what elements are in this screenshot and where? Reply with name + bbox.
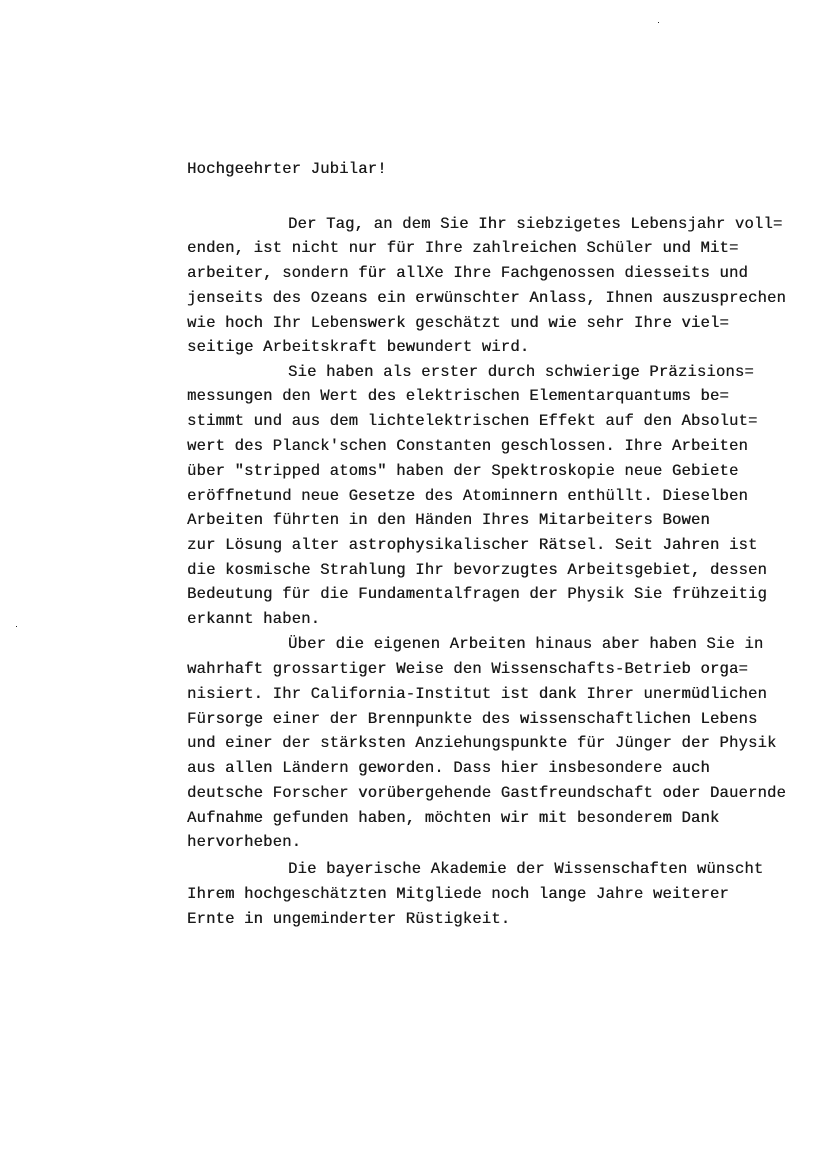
paragraph-3-line-3: nisiert. Ihr California-Institut ist dan… — [187, 685, 767, 703]
paragraph-1-line-5: wie hoch Ihr Lebenswerk geschätzt und wi… — [187, 314, 729, 332]
paragraph-2-line-6: eröffnetund neue Gesetze des Atominnern … — [187, 487, 748, 505]
paragraph-3-line-7: deutsche Forscher vorübergehende Gastfre… — [187, 784, 786, 802]
paragraph-2-line-7: Arbeiten führten in den Händen Ihres Mit… — [187, 511, 710, 529]
document-page: Hochgeehrter Jubilar! Der Tag, an dem Si… — [0, 0, 840, 1169]
paragraph-3-line-5: und einer der stärksten Anziehungspunkte… — [187, 734, 776, 752]
paragraph-2-line-5: über "stripped atoms" haben der Spektros… — [187, 462, 738, 480]
scan-speck — [16, 626, 17, 627]
paragraph-4-line-2: Ihrem hochgeschätzten Mitgliede noch lan… — [187, 885, 729, 903]
salutation: Hochgeehrter Jubilar! — [187, 160, 387, 178]
paragraph-1-line-2: enden, ist nicht nur für Ihre zahlreiche… — [187, 239, 738, 257]
paragraph-1-line-4: jenseits des Ozeans ein erwünschter Anla… — [187, 289, 786, 307]
paragraph-4-line-1: Die bayerische Akademie der Wissenschaft… — [288, 860, 763, 878]
paragraph-3-line-2: wahrhaft grossartiger Weise den Wissensc… — [187, 660, 748, 678]
paragraph-2-line-2: messungen den Wert des elektrischen Elem… — [187, 387, 729, 405]
paragraph-2-line-1: Sie haben als erster durch schwierige Pr… — [288, 363, 754, 381]
paragraph-3-line-4: Fürsorge einer der Brennpunkte des wisse… — [187, 710, 757, 728]
paragraph-3-line-8: Aufnahme gefunden haben, möchten wir mit… — [187, 809, 719, 827]
paragraph-3-line-1: Über die eigenen Arbeiten hinaus aber ha… — [288, 635, 763, 653]
paragraph-3-line-6: aus allen Ländern geworden. Dass hier in… — [187, 759, 710, 777]
paragraph-2-line-3: stimmt und aus dem lichtelektrischen Eff… — [187, 412, 757, 430]
paragraph-2-line-4: wert des Planck'schen Constanten geschlo… — [187, 437, 748, 455]
paragraph-3-line-9: hervorheben. — [187, 833, 301, 851]
paragraph-1-line-1: Der Tag, an dem Sie Ihr siebzigetes Lebe… — [288, 215, 782, 233]
paragraph-2-line-8: zur Lösung alter astrophysikalischer Rät… — [187, 536, 757, 554]
scan-speck — [658, 22, 659, 23]
paragraph-1-line-6: seitige Arbeitskraft bewundert wird. — [187, 338, 529, 356]
paragraph-1-line-3: arbeiter, sondern für allXe Ihre Fachgen… — [187, 264, 748, 282]
paragraph-4-line-3: Ernte in ungeminderter Rüstigkeit. — [187, 910, 510, 928]
paragraph-2-line-9: die kosmische Strahlung Ihr bevorzugtes … — [187, 561, 767, 579]
paragraph-2-line-11: erkannt haben. — [187, 610, 320, 628]
paragraph-2-line-10: Bedeutung für die Fundamentalfragen der … — [187, 585, 767, 603]
